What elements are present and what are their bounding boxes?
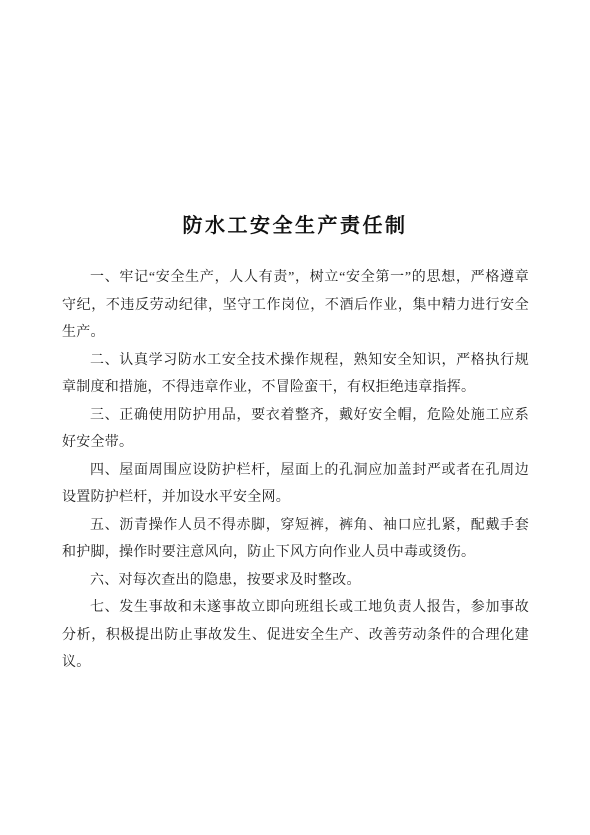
- document-body: 一、牢记“安全生产，人人有责”，树立“安全第一”的思想，严格遵章守纪，不违反劳动…: [62, 264, 529, 677]
- paragraph-4: 四、屋面周围应设防护栏杆，屋面上的孔洞应加盖封严或者在孔周边设置防护栏杆，并加设…: [62, 457, 529, 512]
- paragraph-1: 一、牢记“安全生产，人人有责”，树立“安全第一”的思想，严格遵章守纪，不违反劳动…: [62, 264, 529, 347]
- paragraph-2: 二、认真学习防水工安全技术操作规程，熟知安全知识，严格执行规章制度和措施，不得违…: [62, 347, 529, 402]
- paragraph-7: 七、发生事故和未遂事故立即向班组长或工地负责人报告，参加事故分析，积极提出防止事…: [62, 594, 529, 677]
- document-title: 防水工安全生产责任制: [0, 209, 590, 238]
- document-page: 防水工安全生产责任制 一、牢记“安全生产，人人有责”，树立“安全第一”的思想，严…: [0, 0, 590, 835]
- paragraph-5: 五、沥青操作人员不得赤脚，穿短裤，裤角、袖口应扎紧，配戴手套和护脚，操作时要注意…: [62, 512, 529, 567]
- paragraph-6: 六、对每次查出的隐患，按要求及时整改。: [62, 567, 529, 595]
- paragraph-3: 三、正确使用防护用品，要衣着整齐，戴好安全帽，危险处施工应系好安全带。: [62, 402, 529, 457]
